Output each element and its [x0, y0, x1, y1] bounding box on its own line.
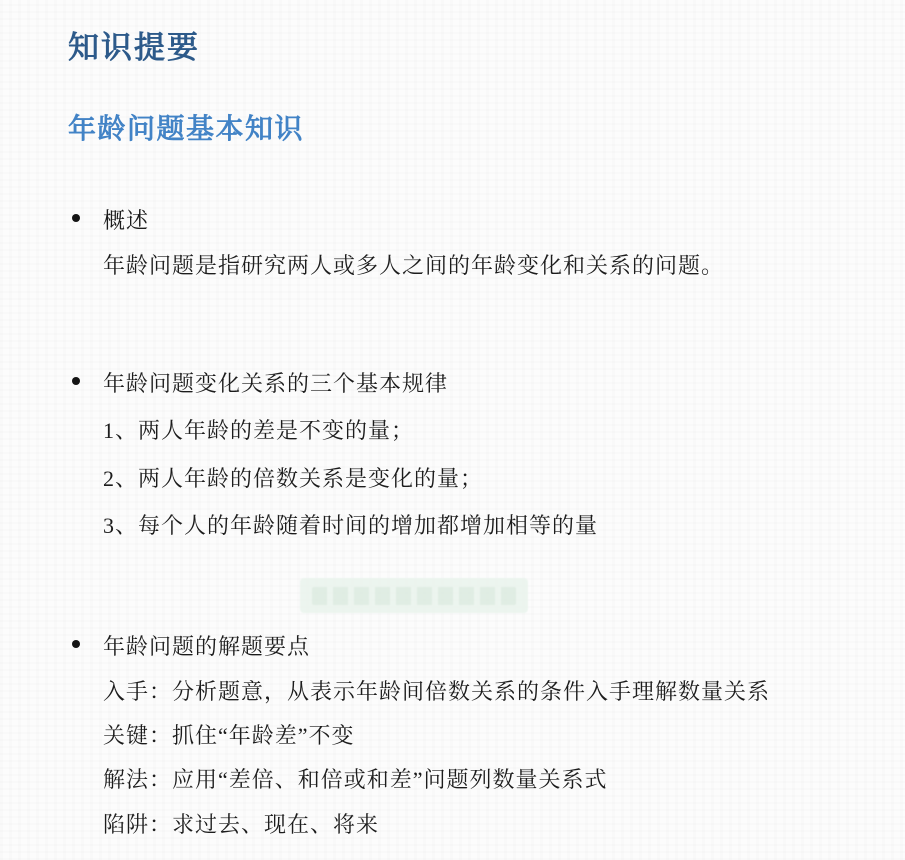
rule-line-1: 1、两人年龄的差是不变的量；: [103, 414, 414, 445]
body-line: 年龄问题是指研究两人或多人之间的年龄变化和关系的问题。: [103, 249, 724, 280]
bullet-heading: 年龄问题变化关系的三个基本规律: [103, 371, 448, 396]
bullet-item-key-points: 年龄问题的解题要点: [103, 630, 310, 661]
bullet-icon: [72, 377, 80, 385]
rule-line-3: 3、每个人的年龄随着时间的增加都增加相等的量: [103, 509, 598, 540]
bullet-item-rules: 年龄问题变化关系的三个基本规律: [103, 367, 448, 398]
bullet-item-overview: 概述: [103, 204, 149, 235]
bullet-icon: [72, 640, 80, 648]
keypoint-line-key: 关键：抓住“年龄差”不变: [103, 719, 355, 750]
keypoint-line-trap: 陷阱：求过去、现在、将来: [103, 808, 379, 839]
keypoint-line-method: 解法：应用“差倍、和倍或和差”问题列数量关系式: [103, 763, 608, 794]
keypoint-line-start: 入手：分析题意，从表示年龄间倍数关系的条件入手理解数量关系: [103, 675, 770, 706]
document-page: { "page": { "title": "知识提要", "subtitle":…: [0, 0, 905, 860]
bullet-icon: [72, 214, 80, 222]
bullet-heading: 年龄问题的解题要点: [103, 634, 310, 659]
section-title: 年龄问题基本知识: [68, 107, 304, 147]
rule-line-2: 2、两人年龄的倍数关系是变化的量；: [103, 462, 483, 493]
watermark: [300, 578, 528, 613]
bullet-heading: 概述: [103, 208, 149, 233]
page-title: 知识提要: [68, 22, 200, 67]
watermark-glyphs: [312, 587, 516, 605]
